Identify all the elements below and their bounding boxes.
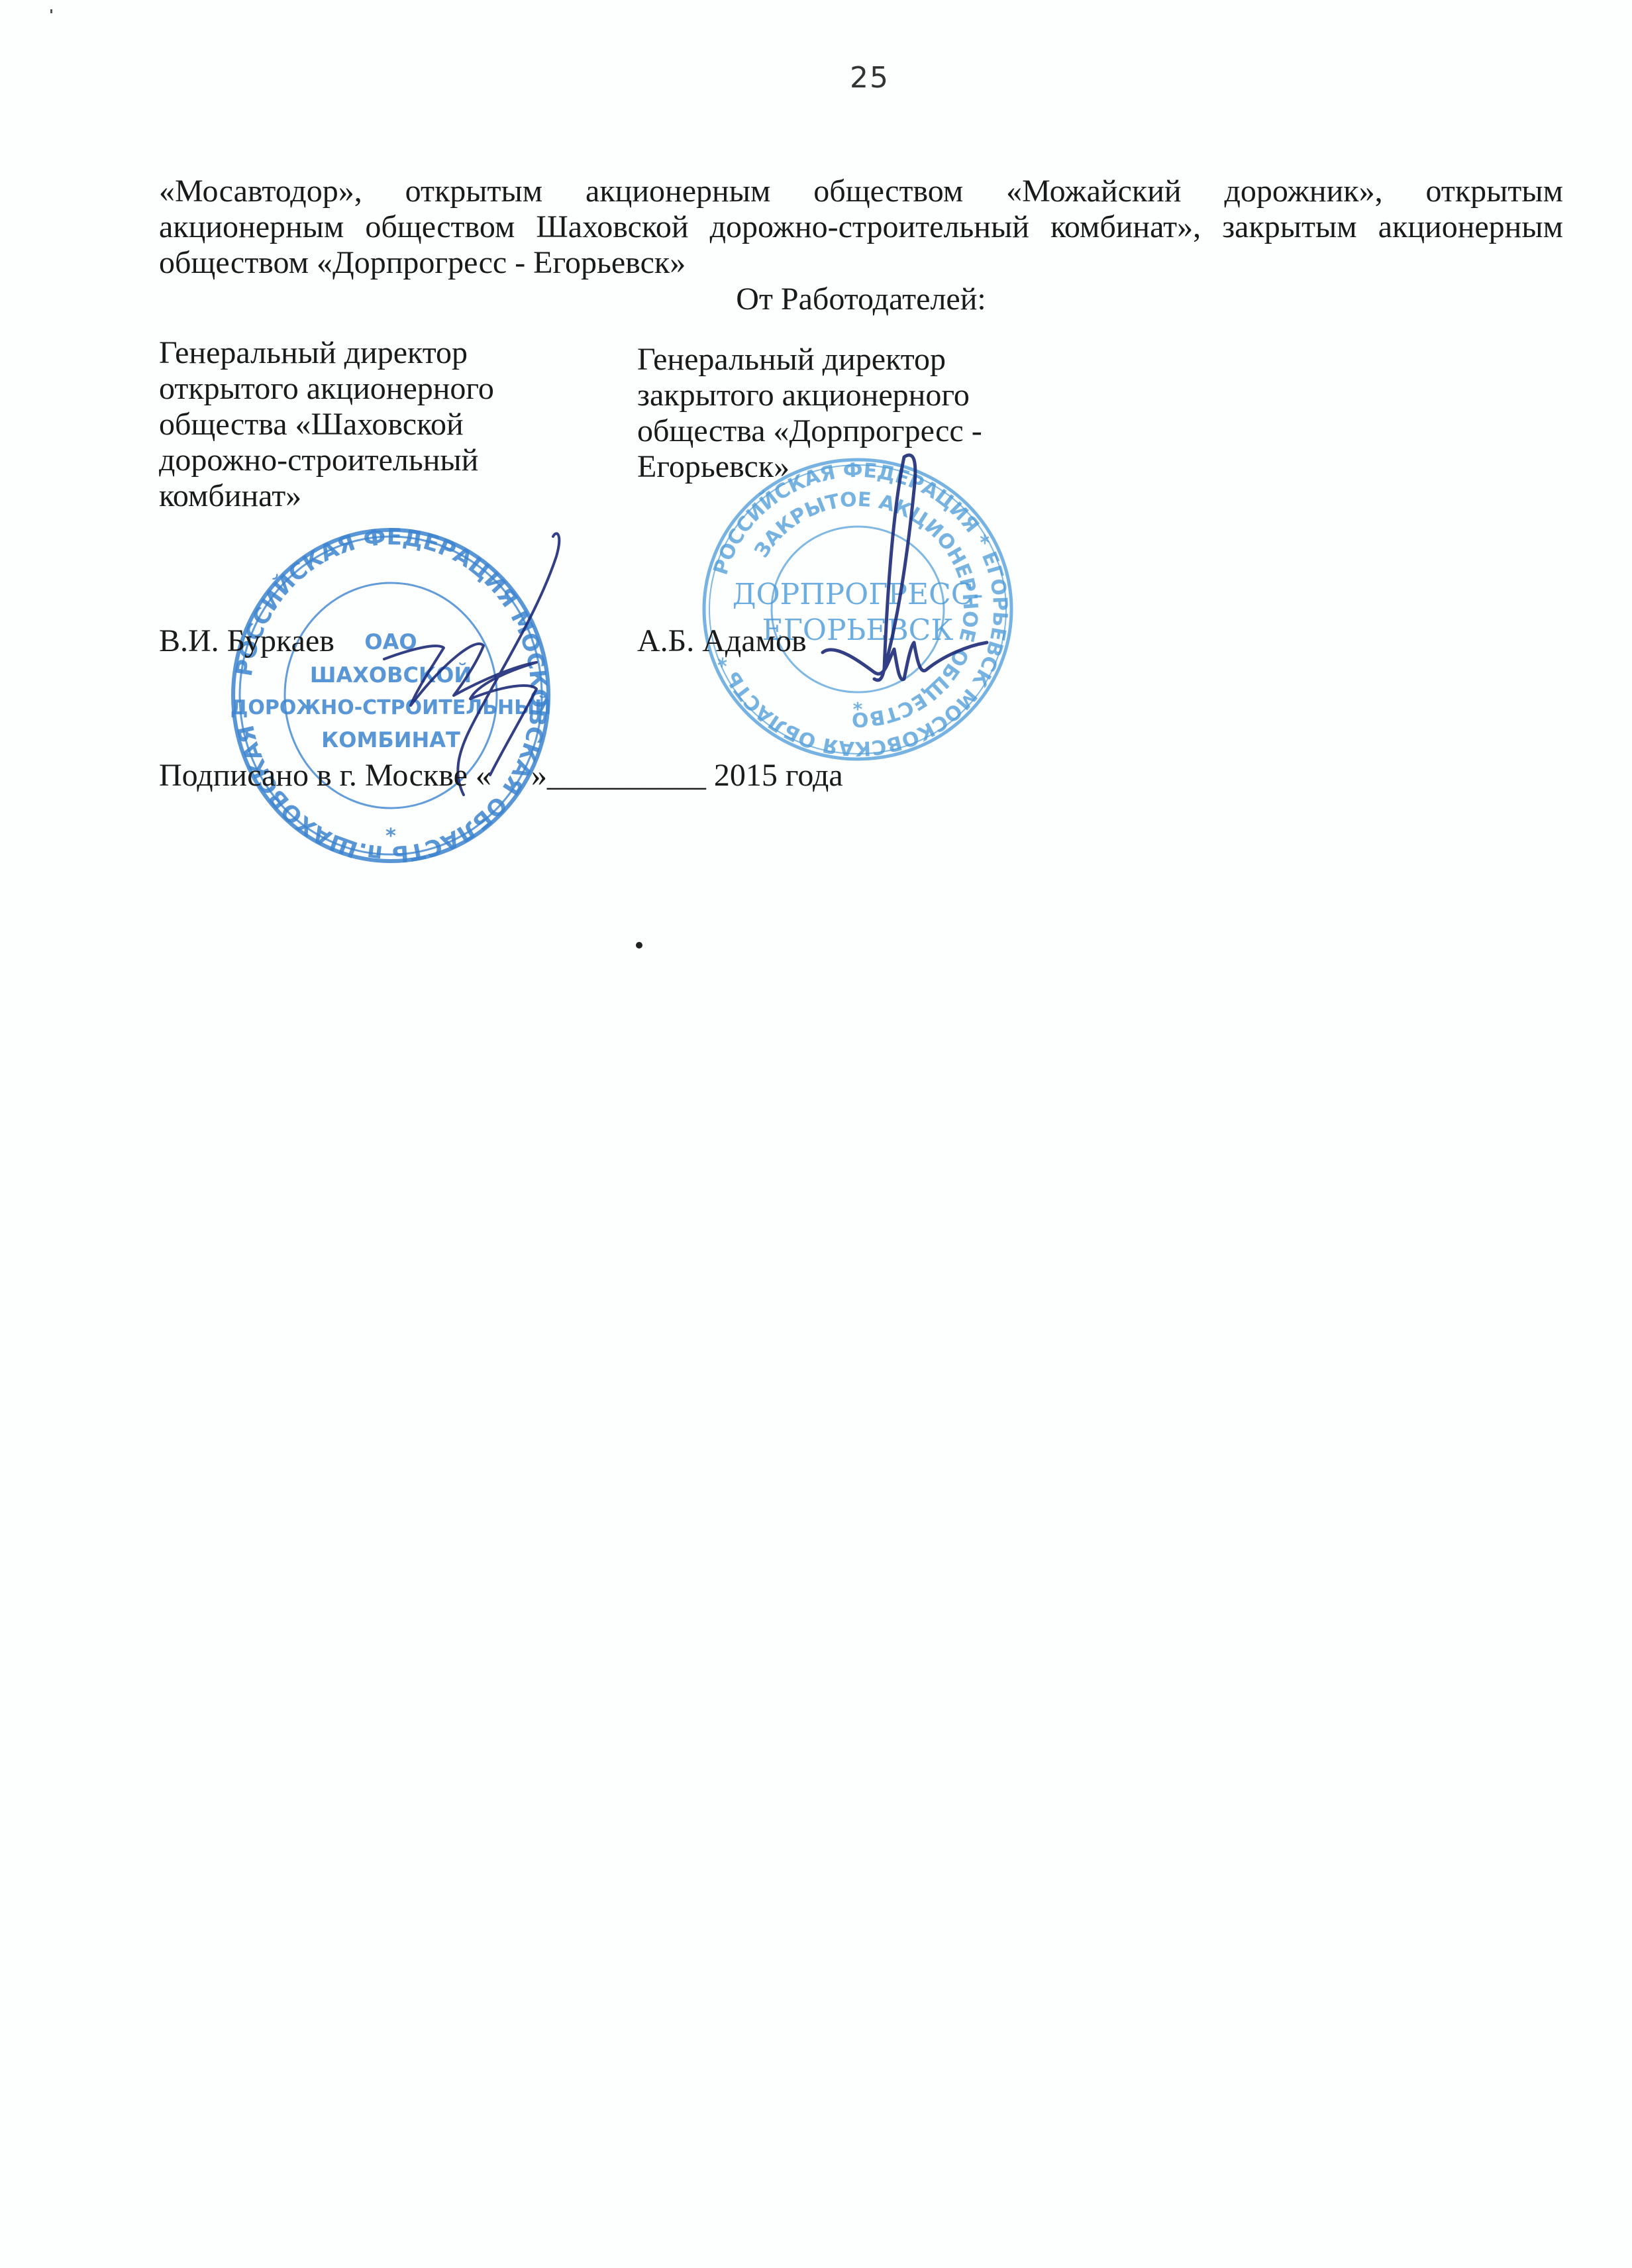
title-line: общества «Дорпрогресс - [637, 413, 982, 449]
title-line: закрытого акционерного [637, 378, 982, 413]
paragraph-line: акционерным обществом Шаховской дорожно-… [159, 209, 1563, 245]
signing-place-date: Подписано в г. Москве « »__________ 2015… [159, 757, 843, 794]
title-line: Генеральный директор [637, 342, 982, 378]
stray-dot [636, 942, 642, 949]
paragraph-line: обществом «Дорпрогресс - Егорьевск» [159, 245, 1563, 281]
title-line: открытого акционерного [159, 371, 494, 407]
title-line: комбинат» [159, 478, 494, 514]
title-line: дорожно-строительный [159, 442, 494, 478]
page-number: 25 [850, 61, 890, 95]
title-line: общества «Шаховской [159, 407, 494, 442]
paragraph-line: «Мосавтодор», открытым акционерным общес… [159, 174, 1563, 209]
section-heading: От Работодателей: [662, 281, 1060, 317]
intro-paragraph: «Мосавтодор», открытым акционерным общес… [159, 174, 1563, 281]
left-signatory-name: В.И. Буркаев [159, 623, 334, 659]
scan-speck [50, 9, 52, 13]
title-line: Генеральный директор [159, 335, 494, 371]
right-signature-icon [821, 450, 1000, 715]
left-signatory-title: Генеральный директор открытого акционерн… [159, 335, 494, 514]
right-signatory-name: А.Б. Адамов [637, 623, 807, 659]
svg-text:*: * [385, 825, 396, 848]
